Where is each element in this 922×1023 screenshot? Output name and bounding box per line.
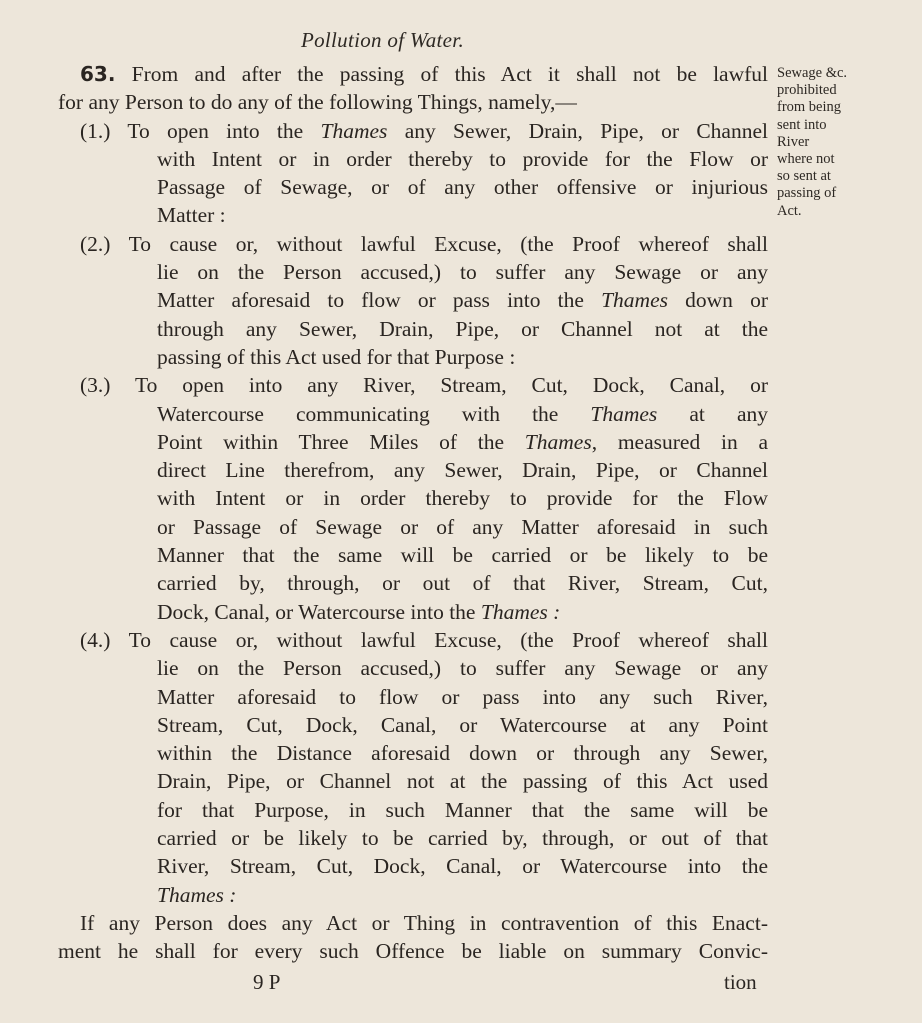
item-line: Watercourse communicating with the Thame… — [58, 400, 768, 428]
closing-line: If any Person does any Act or Thing in c… — [58, 909, 768, 937]
text-run: River, Stream, Cut, Dock, Canal, or Wate… — [157, 854, 768, 878]
text-run: Watercourse communicating with the — [157, 402, 590, 426]
text-run: carried or be likely to be carried by, t… — [157, 826, 768, 850]
item-line: within the Distance aforesaid down or th… — [58, 739, 768, 767]
item-line: (4.) To cause or, without lawful Excuse,… — [58, 626, 768, 654]
item-label: (4.) — [80, 628, 110, 652]
item-line: Matter aforesaid to flow or pass into th… — [58, 286, 768, 314]
italic-term: Thames — [601, 288, 668, 312]
marginal-note-line: prohibited — [777, 82, 887, 99]
text-run: To cause or, without lawful Excuse, (the… — [129, 232, 768, 256]
text-run: Stream, Cut, Dock, Canal, or Watercourse… — [157, 713, 768, 737]
item-line: lie on the Person accused,) to suffer an… — [58, 654, 768, 682]
text-run: lie on the Person accused,) to suffer an… — [157, 260, 768, 284]
closing-line: ment he shall for every such Offence be … — [58, 937, 768, 965]
item-line: Dock, Canal, or Watercourse into the Tha… — [58, 598, 768, 626]
running-heading: Pollution of Water. — [0, 28, 765, 53]
item-line: carried by, through, or out of that Rive… — [58, 569, 768, 597]
text-run: any Sewer, Drain, Pipe, or Channel — [387, 119, 768, 143]
item-line: Matter aforesaid to flow or pass into an… — [58, 683, 768, 711]
item-label: (2.) — [80, 232, 110, 256]
text-run: Drain, Pipe, or Channel not at the passi… — [157, 769, 768, 793]
text-run: carried by, through, or out of that Rive… — [157, 571, 768, 595]
catchword: tion — [724, 970, 757, 995]
marginal-note-line: Act. — [777, 203, 887, 220]
item-line: carried or be likely to be carried by, t… — [58, 824, 768, 852]
signature-mark: 9 P — [253, 970, 280, 995]
item-line: (3.) To open into any River, Stream, Cut… — [58, 371, 768, 399]
item-line: Manner that the same will be carried or … — [58, 541, 768, 569]
item-line: Thames : — [58, 881, 768, 909]
marginal-note-line: River — [777, 134, 887, 151]
text-run: passing of this Act used for that Purpos… — [157, 345, 515, 369]
item-label: (3.) — [80, 373, 110, 397]
section-body: 63. From and after the passing of this A… — [58, 60, 768, 966]
marginal-note-line: sent into — [777, 117, 887, 134]
text-run: Matter aforesaid to flow or pass into an… — [157, 685, 768, 709]
section-first-line: 63. From and after the passing of this A… — [58, 60, 768, 88]
item-line: Passage of Sewage, or of any other offen… — [58, 173, 768, 201]
item-line: direct Line therefrom, any Sewer, Drain,… — [58, 456, 768, 484]
item-line: passing of this Act used for that Purpos… — [58, 343, 768, 371]
text-run: Matter aforesaid to flow or pass into th… — [157, 288, 601, 312]
italic-term: Thames — [320, 119, 387, 143]
text-run: with Intent or in order thereby to provi… — [157, 147, 768, 171]
item-line: (2.) To cause or, without lawful Excuse,… — [58, 230, 768, 258]
marginal-note-line: where not — [777, 151, 887, 168]
text-run: with Intent or in order thereby to provi… — [157, 486, 768, 510]
text-run: Matter : — [157, 203, 226, 227]
item-line: Drain, Pipe, or Channel not at the passi… — [58, 767, 768, 795]
section-number: 63. — [80, 62, 115, 86]
text-run: within the Distance aforesaid down or th… — [157, 741, 768, 765]
text-run: at any — [657, 402, 768, 426]
item-line: or Passage of Sewage or of any Matter af… — [58, 513, 768, 541]
marginal-note-line: from being — [777, 99, 887, 116]
marginal-note-line: Sewage &c. — [777, 65, 887, 82]
text-run: lie on the Person accused,) to suffer an… — [157, 656, 768, 680]
item-line: lie on the Person accused,) to suffer an… — [58, 258, 768, 286]
text-run: down or — [668, 288, 768, 312]
italic-term: Thames : — [481, 600, 560, 624]
marginal-note: Sewage &c.prohibitedfrom beingsent intoR… — [777, 65, 887, 220]
text-run: or Passage of Sewage or of any Matter af… — [157, 515, 768, 539]
item-line: for that Purpose, in such Manner that th… — [58, 796, 768, 824]
item-line: with Intent or in order thereby to provi… — [58, 484, 768, 512]
intro-line: for any Person to do any of the followin… — [58, 88, 768, 116]
item-line: Stream, Cut, Dock, Canal, or Watercourse… — [58, 711, 768, 739]
text-run: To cause or, without lawful Excuse, (the… — [129, 628, 768, 652]
text-run: for that Purpose, in such Manner that th… — [157, 798, 768, 822]
item-label: (1.) — [80, 119, 110, 143]
text-run: , measured in a — [592, 430, 768, 454]
document-page: Pollution of Water. 63. From and after t… — [0, 0, 922, 1023]
italic-term: Thames : — [157, 883, 236, 907]
italic-term: Thames — [525, 430, 592, 454]
text-run: Manner that the same will be carried or … — [157, 543, 768, 567]
item-line: Matter : — [58, 201, 768, 229]
item-line: through any Sewer, Drain, Pipe, or Chann… — [58, 315, 768, 343]
text-run: To open into the — [127, 119, 320, 143]
intro-line: From and after the passing of this Act i… — [132, 62, 768, 86]
item-line: River, Stream, Cut, Dock, Canal, or Wate… — [58, 852, 768, 880]
text-run: direct Line therefrom, any Sewer, Drain,… — [157, 458, 768, 482]
item-line: (1.) To open into the Thames any Sewer, … — [58, 117, 768, 145]
text-run: Point within Three Miles of the — [157, 430, 525, 454]
item-line: with Intent or in order thereby to provi… — [58, 145, 768, 173]
text-run: Passage of Sewage, or of any other offen… — [157, 175, 768, 199]
marginal-note-line: passing of — [777, 185, 887, 202]
text-run: through any Sewer, Drain, Pipe, or Chann… — [157, 317, 768, 341]
text-run: Dock, Canal, or Watercourse into the — [157, 600, 481, 624]
enumerated-items: (1.) To open into the Thames any Sewer, … — [58, 117, 768, 909]
item-line: Point within Three Miles of the Thames, … — [58, 428, 768, 456]
text-run: To open into any River, Stream, Cut, Doc… — [135, 373, 768, 397]
marginal-note-line: so sent at — [777, 168, 887, 185]
italic-term: Thames — [590, 402, 657, 426]
